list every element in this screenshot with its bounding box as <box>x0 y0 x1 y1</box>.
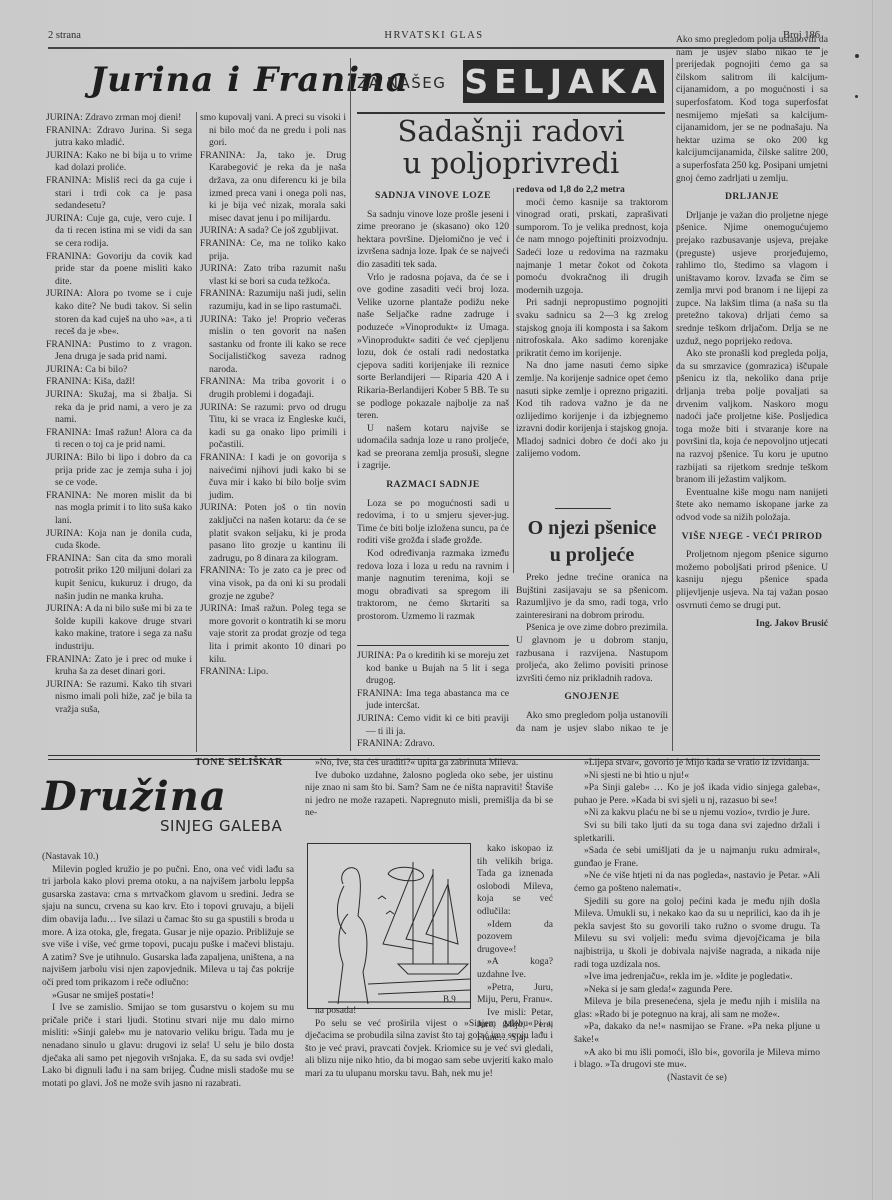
dialogue-line: FRANINA: Razumiju naši judi, selin razum… <box>200 288 346 313</box>
dialogue-line: FRANINA: Kiša, dažl! <box>46 376 192 389</box>
article-paragraph: Loza se po mogućnosti sadi u redovima, i… <box>357 498 509 548</box>
story-paragraph: »Sada će sebi umišljati da je u najmanju… <box>574 845 820 870</box>
story-paragraph: »Neka si je sam gleda!« zagunda Pere. <box>574 984 820 997</box>
to-be-continued: (Nastavit će se) <box>574 1072 820 1085</box>
vinova-loza-column: SADNJA VINOVE LOZE Sa sadnju vinove loze… <box>357 184 509 624</box>
dialogue-line: JURINA: Poten još o tin novin zaključci … <box>200 502 346 565</box>
binding-hole <box>855 95 858 98</box>
dialogue-line: FRANINA: To je zato ca je prec od vina v… <box>200 565 346 603</box>
story-paragraph: Ive duboko uzdahne, žalosno pogleda oko … <box>305 770 553 820</box>
story-paragraph: »No, Ive, šta ćeš uraditi?« upita ga zab… <box>305 757 553 770</box>
jurina-column-1: JURINA: Zdravo zrman moj dieni!FRANINA: … <box>46 112 192 717</box>
dialogue-line: JURINA: Kako ne bi bija u to vrime kad d… <box>46 150 192 175</box>
ship-girl-drawing-icon: B.9 <box>308 844 470 1008</box>
dialogue-line: FRANINA: Zdravo. <box>357 738 509 751</box>
story-paragraph: »A koga? uzdahne Ive. <box>477 956 553 981</box>
section-rule <box>357 645 509 646</box>
dialogue-line: JURINA: Zato triba razumit našu vlast ki… <box>200 263 346 288</box>
dialogue-line: FRANINA: Pustimo to z vragon. Jena druga… <box>46 339 192 364</box>
section-kicker: ZA NAŠEG <box>357 74 446 92</box>
story-paragraph: Milevin pogled kružio je po pučni. Eno, … <box>42 864 294 990</box>
article-paragraph: Proljetnom njegom pšenice sigurno možemo… <box>676 549 828 612</box>
article-paragraph-continued: Ako smo pregledom polja ustanovili da na… <box>676 34 828 185</box>
dialogue-line: JURINA: Bilo bi lipo i dobro da ca prija… <box>46 452 192 490</box>
dialogue-line: JURINA: Cemo vidit ki ce biti praviji — … <box>357 713 509 738</box>
dialogue-line: JURINA: Ca bi bilo? <box>46 364 192 377</box>
psenica-title-line-2: u proljeće <box>516 542 668 569</box>
article-headline: Sadašnji radovi u poljoprivredi <box>357 115 665 179</box>
story-column-2-top: »No, Ive, šta ćeš uraditi?« upita ga zab… <box>305 757 553 820</box>
story-paragraph: »Ni sjesti ne bi htio u nju!« <box>574 770 820 783</box>
dialogue-line: JURINA: Koja nan je donila cuda, cuda šk… <box>46 528 192 553</box>
bold-lead: redova od 1,8 do 2,2 metra <box>516 184 668 197</box>
dialogue-line: JURINA: Cuje ga, cuje, vero cuje. I da t… <box>46 213 192 251</box>
article-paragraph: Ako smo pregledom polja ustanovili da na… <box>516 710 668 736</box>
story-paragraph: na posada! <box>305 1005 553 1018</box>
article-paragraph: Pri sadnji nepropustimo pognojiti svaku … <box>516 297 668 360</box>
ship-illustration: B.9 <box>307 843 471 1009</box>
dialogue-line: FRANINA: Ima tega abastanca ma ce jude i… <box>357 688 509 713</box>
story-paragraph: I Ive se zamislio. Smijao se tom gusarst… <box>42 1002 294 1090</box>
column-divider <box>672 58 673 751</box>
newspaper-page: 2 strana HRVATSKI GLAS Broj 186 Jurina i… <box>0 0 892 1200</box>
psenica-headline: O njezi pšenice u proljeće <box>516 515 668 569</box>
dialogue-line: JURINA: Zdravo zrman moj dieni! <box>46 112 192 125</box>
story-paragraph: Mileva je bila presenećena, sjela je međ… <box>574 996 820 1021</box>
story-column-2-bottom: na posada!Po selu se već proširila vijes… <box>305 1005 553 1081</box>
headline-line-1: Sadašnji radovi <box>357 115 665 147</box>
dialogue-line: FRANINA: Zato je i prec od muke i kruha … <box>46 654 192 679</box>
subheading-sadnja: SADNJA VINOVE LOZE <box>357 190 509 203</box>
article-paragraph: Ako ste pronašli kod pregleda polja, da … <box>676 348 828 487</box>
story-title: Družina <box>42 773 227 820</box>
dialogue-line: FRANINA: Zdravo Jurina. Si sega jutra ka… <box>46 125 192 150</box>
section-banner: SELJAKA <box>463 60 664 103</box>
psenica-column-2: Ako smo pregledom polja ustanovili da na… <box>676 60 828 631</box>
story-paragraph: »A ako bi mu išli pomoći, išlo bi«, govo… <box>574 1047 820 1072</box>
story-paragraph: »Pa, dakako da ne!« nasmijao se Frane. »… <box>574 1021 820 1046</box>
dialogue-line: FRANINA: Ce, ma ne toliko kako prija. <box>200 238 346 263</box>
dialogue-line: JURINA: A da ni bilo suše mi bi za te šo… <box>46 603 192 653</box>
subheading-razmaci: RAZMACI SADNJE <box>357 479 509 492</box>
subheading-vise-njege: VIŠE NJEGE - VEĆI PRIROD <box>676 531 828 544</box>
story-paragraph: »Lijepa stvar«, govorio je Mijo kada se … <box>574 757 820 770</box>
continuation-note: (Nastavak 10.) <box>42 851 294 864</box>
article-paragraph: Preko jedne trećine oranica na Bujštini … <box>516 572 668 622</box>
subheading-drljanje: DRLJANJE <box>676 191 828 204</box>
column-divider <box>513 188 514 573</box>
ornament-rule <box>555 508 611 509</box>
dialogue-line: FRANINA: I kadi je on govorija s naiveći… <box>200 452 346 502</box>
story-paragraph: »Idem da pozovem drugove«! <box>477 919 553 957</box>
article-paragraph: U našem kotaru najviše se udomaćila sadn… <box>357 423 509 473</box>
article-paragraph: Kod određivanja razmaka između redova lo… <box>357 548 509 624</box>
dialogue-line: JURINA: Pa o kreditih ki se moreju zet k… <box>357 650 509 688</box>
story-paragraph: »Ne će više htjeti ni da nas pogleda«, n… <box>574 870 820 895</box>
dialogue-line: FRANINA: Ma triba govorit i o drugih pro… <box>200 376 346 401</box>
story-subtitle: SINJEG GALEBA <box>160 817 282 835</box>
article-paragraph: Na dno jame nasuti ćemo sipke zemlje. Na… <box>516 360 668 461</box>
dialogue-line: JURINA: A sada? Ce još zgubljivat. <box>200 225 346 238</box>
story-paragraph: »Ive ima jedrenjaču«, rekla im je. »Idit… <box>574 971 820 984</box>
dialogue-line: FRANINA: San cita da smo morali potrošit… <box>46 553 192 603</box>
story-paragraph: »Gusar ne smiješ postati«! <box>42 990 294 1003</box>
jurina-column-2: smo kupovalj vani. A preci su visoki i n… <box>200 112 346 679</box>
article-author: Ing. Jakov Brusić <box>676 618 828 631</box>
story-paragraph: »Ni za kakvu plaću ne bi se u njemu vozi… <box>574 807 820 820</box>
article-paragraph: Pšenica je ove zime dobro prezimila. U g… <box>516 622 668 685</box>
dialogue-line: JURINA: Skužaj, ma si žbalja. Si reka da… <box>46 389 192 427</box>
dialogue-line: FRANINA: Ne moren mislit da bi nas mogla… <box>46 490 192 528</box>
story-paragraph: Svi su bili tako ljuti da su toga dana s… <box>574 820 820 845</box>
jurina-continuation: JURINA: Pa o kreditih ki se moreju zet k… <box>357 650 509 751</box>
article-paragraph: moći ćemo kasnije sa traktorom vinograd … <box>516 197 668 298</box>
dialogue-line: FRANINA: Govoriju da covik kad pride sta… <box>46 251 192 289</box>
story-author: TONE SELIŠKAR <box>195 757 283 768</box>
headline-line-2: u poljoprivredi <box>357 147 665 179</box>
story-column-3: »Lijepa stvar«, govorio je Mijo kada se … <box>574 757 820 1084</box>
dialogue-line: JURINA: Alora po tvome se i cuje kako di… <box>46 288 192 338</box>
story-paragraph: Po selu se već proširila vijest o »Sinje… <box>305 1018 553 1081</box>
article-paragraph: Vrlo je radosna pojava, da će se i ove g… <box>357 272 509 423</box>
story-paragraph: »Petra, Juru, Miju, Peru, Franu«. <box>477 982 553 1007</box>
dialogue-line: JURINA: Imaš ražun. Poleg tega se more g… <box>200 603 346 666</box>
dialogue-line: JURINA: Se razumi: prvo od drugu Titu, k… <box>200 402 346 452</box>
dialogue-line: JURINA: Se razumi. Kako tih stvari nismo… <box>46 679 192 717</box>
svg-text:B.9: B.9 <box>443 994 456 1004</box>
story-paragraph: Sjedili su gore na goloj pećini kada je … <box>574 896 820 972</box>
article-paragraph: Drljanje je važan dio proljetne njege pš… <box>676 210 828 349</box>
dialogue-line: FRANINA: Lipo. <box>200 666 346 679</box>
dialogue-line: smo kupovalj vani. A preci su visoki i n… <box>200 112 346 150</box>
vinova-loza-column-2: redova od 1,8 do 2,2 metramoći ćemo kasn… <box>516 184 668 461</box>
dialogue-line: FRANINA: Misliš reci da ga cuje i stari … <box>46 175 192 213</box>
article-paragraph: Sa sadnju vinove loze prošle jeseni i zi… <box>357 209 509 272</box>
dialogue-line: FRANINA: Imaš ražun! Alora ca da ti rece… <box>46 427 192 452</box>
column-divider <box>196 112 197 752</box>
subheading-gnojenje: GNOJENJE <box>516 691 668 704</box>
story-column-1: (Nastavak 10.) Milevin pogled kružio je … <box>42 851 294 1090</box>
dialogue-line: FRANINA: Ja, tako je. Drug Karabegović j… <box>200 150 346 226</box>
article-paragraph: Eventualne kiše mogu nam nanijeti štete … <box>676 487 828 525</box>
psenica-column-1: Preko jedne trećine oranica na Bujštini … <box>516 572 668 736</box>
column-divider <box>350 58 351 751</box>
psenica-title-line-1: O njezi pšenice <box>516 515 668 542</box>
story-paragraph: »Pa Sinji galeb« … Ko je još ikada vidio… <box>574 782 820 807</box>
story-paragraph: kako iskopao iz tih velikih briga. Tada … <box>477 843 553 919</box>
dialogue-line: JURINA: Tako je! Proprio večeras mislin … <box>200 314 346 377</box>
binding-hole <box>855 54 859 58</box>
page-fold-crease <box>872 0 873 1200</box>
